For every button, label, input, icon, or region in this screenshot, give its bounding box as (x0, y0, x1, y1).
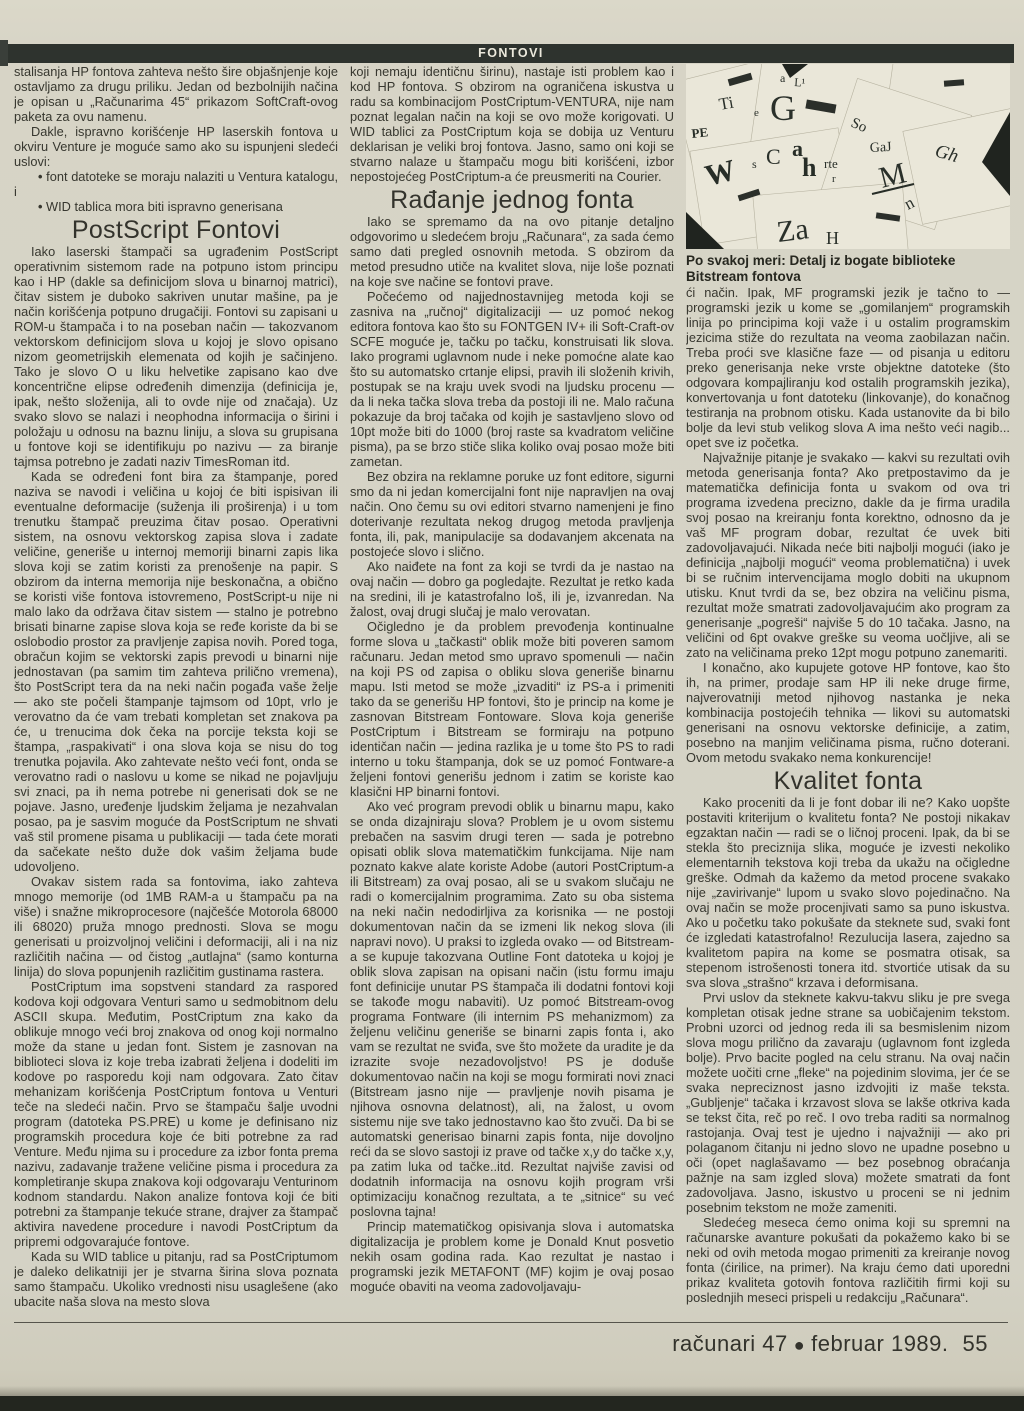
specimen-letter: rte (824, 156, 838, 171)
paragraph: stalisanja HP fontova zahteva nešto šire… (14, 64, 338, 124)
issue-date: februar 1989. (811, 1331, 948, 1356)
page-footer: računari 47●februar 1989.55 (672, 1331, 988, 1357)
paragraph: Iako laserski štampači sa ugrađenim Post… (14, 244, 338, 469)
specimen-letter: r (832, 173, 836, 185)
bullet-item: font datoteke se moraju nalaziti u Ventu… (14, 169, 338, 199)
specimen-letter: h (802, 153, 817, 182)
paragraph: Bez obzira na reklamne poruke uz font ed… (350, 469, 674, 559)
bitstream-specimen-photo: Ti PE e a L¹ G W s C a h rte So GaJ M G (686, 64, 1010, 249)
column-middle: koji nemaju identičnu širinu), nastaje i… (350, 64, 674, 1318)
paragraph: PostCriptum ima sopstveni standard za ra… (14, 979, 338, 1249)
section-title: FONTOVI (478, 46, 544, 60)
paragraph: Kada su WID tablice u pitanju, rad sa Po… (14, 1249, 338, 1309)
scan-edge-mark (0, 40, 8, 66)
article-body: stalisanja HP fontova zahteva nešto šire… (14, 64, 1010, 1318)
paragraph: Princip matematičkog opisivanja slova i … (350, 1219, 674, 1294)
scan-bottom-band (0, 1396, 1024, 1411)
paragraph: Najvažnije pitanje je svakako — kakvi su… (686, 450, 1010, 660)
specimen-letter: a (780, 71, 786, 85)
specimen-letter: Za (775, 212, 810, 249)
magazine-name: računari 47 (672, 1331, 788, 1356)
magazine-page: FONTOVI stalisanja HP fontova zahteva ne… (0, 0, 1024, 1411)
column-left: stalisanja HP fontova zahteva nešto šire… (14, 64, 338, 1318)
paragraph: Prvi uslov da steknete kakvu-takvu sliku… (686, 990, 1010, 1215)
paragraph: Iako se spremamo da na ovo pitanje detal… (350, 214, 674, 289)
specimen-letter: GaJ (869, 140, 892, 156)
page-number: 55 (963, 1331, 988, 1356)
heading-kvalitet-fonta: Kvalitet fonta (686, 774, 1010, 789)
heading-postscript-fontovi: PostScript Fontovi (14, 223, 338, 238)
paragraph: Dakle, ispravno korišćenje HP laserskih … (14, 124, 338, 169)
paragraph: Kada se određeni font bira za štampanje,… (14, 469, 338, 874)
paragraph: Očigledno je da problem prevođenja konti… (350, 619, 674, 799)
column-right: Ti PE e a L¹ G W s C a h rte So GaJ M G (686, 64, 1010, 1318)
footer-bullet-icon: ● (788, 1335, 811, 1355)
paragraph: Ako naiđete na font za koji se tvrdi da … (350, 559, 674, 619)
footer-rule (14, 1322, 1008, 1323)
specimen-letter: e (754, 107, 759, 119)
specimen-letter: H (826, 228, 839, 248)
heading-radjanje-jednog-fonta: Rađanje jednog fonta (350, 193, 674, 208)
paragraph: koji nemaju identičnu širinu), nastaje i… (350, 64, 674, 184)
specimen-letter: s (752, 157, 757, 171)
specimen-letter: C (766, 144, 781, 169)
figure-caption: Po svakoj meri: Detalj iz bogate bibliot… (686, 253, 1010, 285)
paragraph: Ako već program prevodi oblik u binarnu … (350, 799, 674, 1219)
paragraph: ći način. Ipak, MF programski jezik je t… (686, 285, 1010, 450)
specimen-collage-image: Ti PE e a L¹ G W s C a h rte So GaJ M G (686, 64, 1010, 249)
specimen-letter: G (770, 88, 796, 128)
paragraph: Ovakav sistem rada sa fontovima, iako za… (14, 874, 338, 979)
paragraph: Kako proceniti da li je font dobar ili n… (686, 795, 1010, 990)
bullet-item: WID tablica mora biti ispravno generisan… (14, 199, 338, 214)
paragraph: Sledećeg meseca ćemo onima koji su sprem… (686, 1215, 1010, 1305)
page-edge-shadow (0, 1386, 1024, 1396)
paragraph: I konačno, ako kupujete gotove HP fontov… (686, 660, 1010, 765)
section-header-bar: FONTOVI (8, 44, 1014, 63)
specimen-letter: PE (691, 124, 709, 141)
paragraph: Počećemo od najjednostavnijeg metoda koj… (350, 289, 674, 469)
